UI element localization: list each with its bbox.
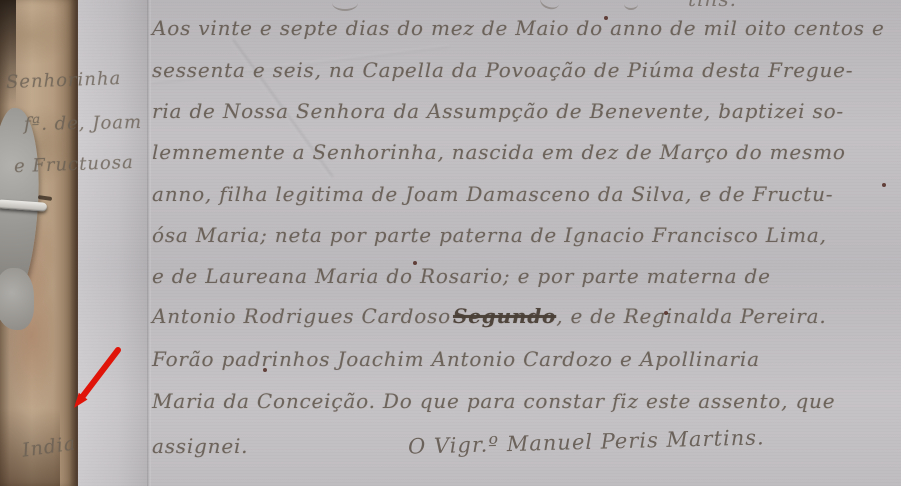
- record-line-8-text-end: , e de Reginalda Pereira.: [556, 304, 826, 328]
- record-line-2: sessenta e seis, na Capella da Povoação …: [152, 58, 853, 82]
- record-line-11: assignei.: [152, 434, 248, 458]
- binding-slit: [38, 195, 52, 201]
- ink-speck: [664, 311, 668, 315]
- margin-note-mother: e Fructuosa: [14, 152, 134, 177]
- cut-off-stroke: [332, 0, 358, 11]
- cut-off-stroke: [538, 0, 562, 12]
- ink-speck: [263, 368, 267, 372]
- record-line-9: Forão padrinhos Joachim Antonio Cardozo …: [152, 347, 760, 371]
- record-line-6: ósa Maria; neta por parte paterna de Ign…: [152, 223, 827, 247]
- vertical-crease: [147, 0, 151, 486]
- red-annotation-arrow: [66, 342, 128, 420]
- ink-wax-stain-small: [0, 268, 34, 330]
- record-line-3: ria de Nossa Senhora da Assumpção de Ben…: [152, 99, 844, 123]
- record-line-7: e de Laureana Maria do Rosario; e por pa…: [152, 264, 771, 288]
- record-line-1: Aos vinte e septe dias do mez de Maio do…: [152, 16, 885, 40]
- record-line-8: Antonio Rodrigues CardosoSegundo, e de R…: [152, 304, 827, 328]
- document-scan: tins. Aos vinte e septe dias do mez de M…: [0, 0, 901, 486]
- cut-off-stroke: [624, 0, 638, 10]
- cut-off-previous-line-fragment: tins.: [688, 0, 737, 11]
- ink-speck: [882, 183, 886, 187]
- arrow-shaft: [83, 350, 118, 396]
- record-line-4: lemnemente a Senhorinha, nascida em dez …: [152, 140, 846, 164]
- margin-note-father: fª. de, Joam: [24, 112, 142, 135]
- margin-note-name: Senhorinha: [6, 68, 122, 93]
- ink-speck: [604, 16, 608, 20]
- vicar-signature: O Vigr.º Manuel Peris Martins.: [408, 425, 765, 458]
- record-line-10: Maria da Conceição. Do que para constar …: [152, 389, 835, 413]
- record-line-5: anno, filha legitima de Joam Damasceno d…: [152, 182, 833, 206]
- record-line-8-text: Antonio Rodrigues Cardoso: [152, 304, 451, 328]
- ink-speck: [413, 261, 417, 265]
- struck-out-word: Segundo: [453, 304, 556, 328]
